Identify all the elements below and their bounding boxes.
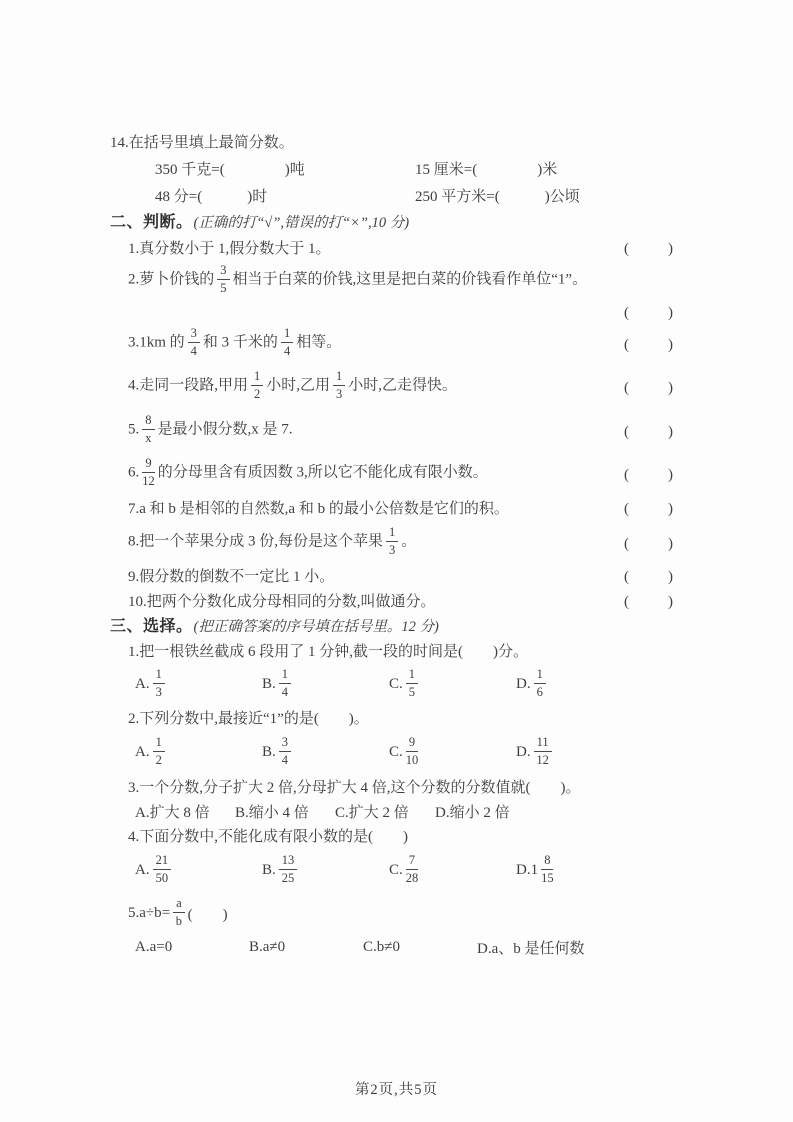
- fraction: 8x: [142, 413, 154, 445]
- judge-item-3: 3.1km 的34和 3 千米的14相等。 ( ): [128, 322, 676, 364]
- fraction: 728: [406, 853, 419, 885]
- section-judge-title: 二、判断。: [110, 209, 193, 232]
- judge-item-7-answer-bracket: ( ): [624, 497, 676, 518]
- choice-question-2-stem: 2.下列分数中,最接近“1”的是( )。: [128, 705, 676, 730]
- section-judge-note: (正确的打“√”,错误的打“×”,10 分): [194, 211, 410, 232]
- section-choice-title: 三、选择。: [110, 613, 193, 636]
- choice-q3-option-c: C.扩大 2 倍: [335, 801, 435, 822]
- judge-item-6: 6.912的分母里含有质因数 3,所以它不能化成有限小数。 ( ): [128, 452, 676, 494]
- choice-q4-option-a: A.2150: [135, 854, 262, 886]
- choice-q2-option-c: C.910: [389, 736, 516, 768]
- judge-item-2-text: 2.萝卜价钱的35相当于白菜的价钱,这里是把白菜的价钱看作单位“1”。: [128, 264, 676, 296]
- judge-item-7-text: 7.a 和 b 是相邻的自然数,a 和 b 的最小公倍数是它们的积。: [128, 497, 624, 518]
- judge-item-2-bracket-line: ( ): [110, 300, 676, 322]
- question-14-prompt: 14.在括号里填上最简分数。: [110, 128, 676, 155]
- judge-item-5-text: 5.8x是最小假分数,x 是 7.: [128, 414, 624, 446]
- section-choice-header: 三、选择。 (把正确答案的序号填在括号里。12 分): [110, 613, 676, 638]
- fraction: ab: [173, 896, 185, 928]
- judge-item-10-text: 10.把两个分数化成分母相同的分数,叫做通分。: [128, 590, 624, 611]
- choice-q3-option-d: D.缩小 2 倍: [435, 801, 535, 822]
- choice-q3-option-b: B.缩小 4 倍: [235, 801, 335, 822]
- choice-question-3-options: A.扩大 8 倍 B.缩小 4 倍 C.扩大 2 倍 D.缩小 2 倍: [135, 799, 676, 823]
- section-choice-note: (把正确答案的序号填在括号里。12 分): [194, 615, 439, 636]
- choice-q1-option-d: D.16: [516, 668, 549, 700]
- fraction: 13: [153, 667, 165, 699]
- judge-item-3-text: 3.1km 的34和 3 千米的14相等。: [128, 327, 624, 359]
- fraction: 16: [534, 667, 546, 699]
- fill-blank-min-hour: 48 分=( )时: [155, 185, 415, 206]
- fraction: 12: [251, 369, 263, 401]
- choice-question-5-options: A.a=0 B.a≠0 C.b≠0 D.a、b 是任何数: [135, 934, 676, 960]
- judge-item-3-answer-bracket: ( ): [624, 333, 676, 354]
- fraction: 912: [142, 456, 155, 488]
- judge-item-9-answer-bracket: ( ): [624, 565, 676, 586]
- choice-q2-option-a: A.12: [135, 736, 262, 768]
- fill-blank-sqm-hectare: 250 平方米=( )公顷: [415, 185, 580, 206]
- fraction: 1325: [279, 853, 298, 885]
- fraction: 13: [386, 525, 398, 557]
- judge-item-5-answer-bracket: ( ): [624, 420, 676, 441]
- judge-item-2-answer-bracket: ( ): [624, 301, 676, 322]
- fraction: 34: [279, 735, 291, 767]
- choice-q3-option-a: A.扩大 8 倍: [135, 801, 235, 822]
- fraction: 1112: [534, 735, 552, 767]
- fraction: 910: [406, 735, 419, 767]
- judge-item-4: 4.走同一段路,甲用12小时,乙用13小时,乙走得快。 ( ): [128, 364, 676, 408]
- choice-q5-option-b: B.a≠0: [249, 939, 363, 956]
- judge-item-6-answer-bracket: ( ): [624, 463, 676, 484]
- fraction: 35: [217, 263, 229, 295]
- fraction: 12: [153, 735, 165, 767]
- choice-q5-option-d: D.a、b 是任何数: [477, 937, 591, 958]
- judge-item-7: 7.a 和 b 是相邻的自然数,a 和 b 的最小公倍数是它们的积。 ( ): [128, 494, 676, 521]
- fill-blank-row-2: 48 分=( )时 250 平方米=( )公顷: [155, 182, 676, 209]
- choice-question-1-options: A.13 B.14 C.15 D.16: [135, 663, 676, 705]
- choice-question-4-options: A.2150 B.1325 C.728 D.1815: [135, 848, 676, 892]
- choice-q1-option-b: B.14: [262, 668, 389, 700]
- fraction: 815: [541, 853, 554, 885]
- page-footer: 第2页,共5页: [0, 1078, 793, 1099]
- judge-item-6-text: 6.912的分母里含有质因数 3,所以它不能化成有限小数。: [128, 457, 624, 489]
- fraction: 34: [188, 326, 200, 358]
- judge-item-8: 8.把一个苹果分成 3 份,每份是这个苹果13。 ( ): [128, 521, 676, 563]
- fraction: 13: [333, 369, 345, 401]
- choice-question-4-stem: 4.下面分数中,不能化成有限小数的是( ): [128, 823, 676, 848]
- choice-q5-option-a: A.a=0: [135, 939, 249, 956]
- choice-question-2-options: A.12 B.34 C.910 D.1112: [135, 730, 676, 774]
- judge-item-8-answer-bracket: ( ): [624, 532, 676, 553]
- choice-q2-option-b: B.34: [262, 736, 389, 768]
- judge-item-9-text: 9.假分数的倒数不一定比 1 小。: [128, 565, 624, 586]
- choice-q1-option-c: C.15: [389, 668, 516, 700]
- judge-item-4-answer-bracket: ( ): [624, 376, 676, 397]
- fraction: 2150: [153, 853, 172, 885]
- judge-item-4-text: 4.走同一段路,甲用12小时,乙用13小时,乙走得快。: [128, 370, 624, 402]
- choice-q1-option-a: A.13: [135, 668, 262, 700]
- judge-item-5: 5.8x是最小假分数,x 是 7. ( ): [128, 408, 676, 452]
- judge-item-1: 1.真分数小于 1,假分数大于 1。 ( ): [128, 234, 676, 260]
- fraction: 15: [406, 667, 418, 699]
- section-judge-header: 二、判断。 (正确的打“√”,错误的打“×”,10 分): [110, 209, 676, 234]
- judge-item-1-text: 1.真分数小于 1,假分数大于 1。: [128, 237, 624, 258]
- fill-blank-cm-m: 15 厘米=( )米: [415, 158, 557, 179]
- judge-item-9: 9.假分数的倒数不一定比 1 小。 ( ): [128, 563, 676, 588]
- choice-question-1-stem: 1.把一根铁丝截成 6 段用了 1 分钟,截一段的时间是( )分。: [128, 638, 676, 663]
- choice-question-3-stem: 3.一个分数,分子扩大 2 倍,分母扩大 4 倍,这个分数的分数值就( )。: [128, 774, 676, 799]
- exam-page: 14.在括号里填上最简分数。 350 千克=( )吨 15 厘米=( )米 48…: [110, 128, 676, 960]
- choice-q5-option-c: C.b≠0: [363, 939, 477, 956]
- fill-blank-row-1: 350 千克=( )吨 15 厘米=( )米: [155, 155, 676, 182]
- judge-item-10: 10.把两个分数化成分母相同的分数,叫做通分。 ( ): [128, 588, 676, 613]
- judge-item-8-text: 8.把一个苹果分成 3 份,每份是这个苹果13。: [128, 526, 624, 558]
- judge-item-2: 2.萝卜价钱的35相当于白菜的价钱,这里是把白菜的价钱看作单位“1”。: [128, 260, 676, 300]
- choice-q4-option-b: B.1325: [262, 854, 389, 886]
- fraction: 14: [279, 667, 291, 699]
- choice-q4-option-d: D.1815: [516, 854, 557, 886]
- choice-question-5-stem: 5.a÷b=ab( ): [128, 892, 676, 934]
- choice-q4-option-c: C.728: [389, 854, 516, 886]
- fraction: 14: [281, 326, 293, 358]
- choice-q2-option-d: D.1112: [516, 736, 555, 768]
- judge-item-10-answer-bracket: ( ): [624, 590, 676, 611]
- fill-blank-kg-ton: 350 千克=( )吨: [155, 158, 415, 179]
- judge-item-1-answer-bracket: ( ): [624, 237, 676, 258]
